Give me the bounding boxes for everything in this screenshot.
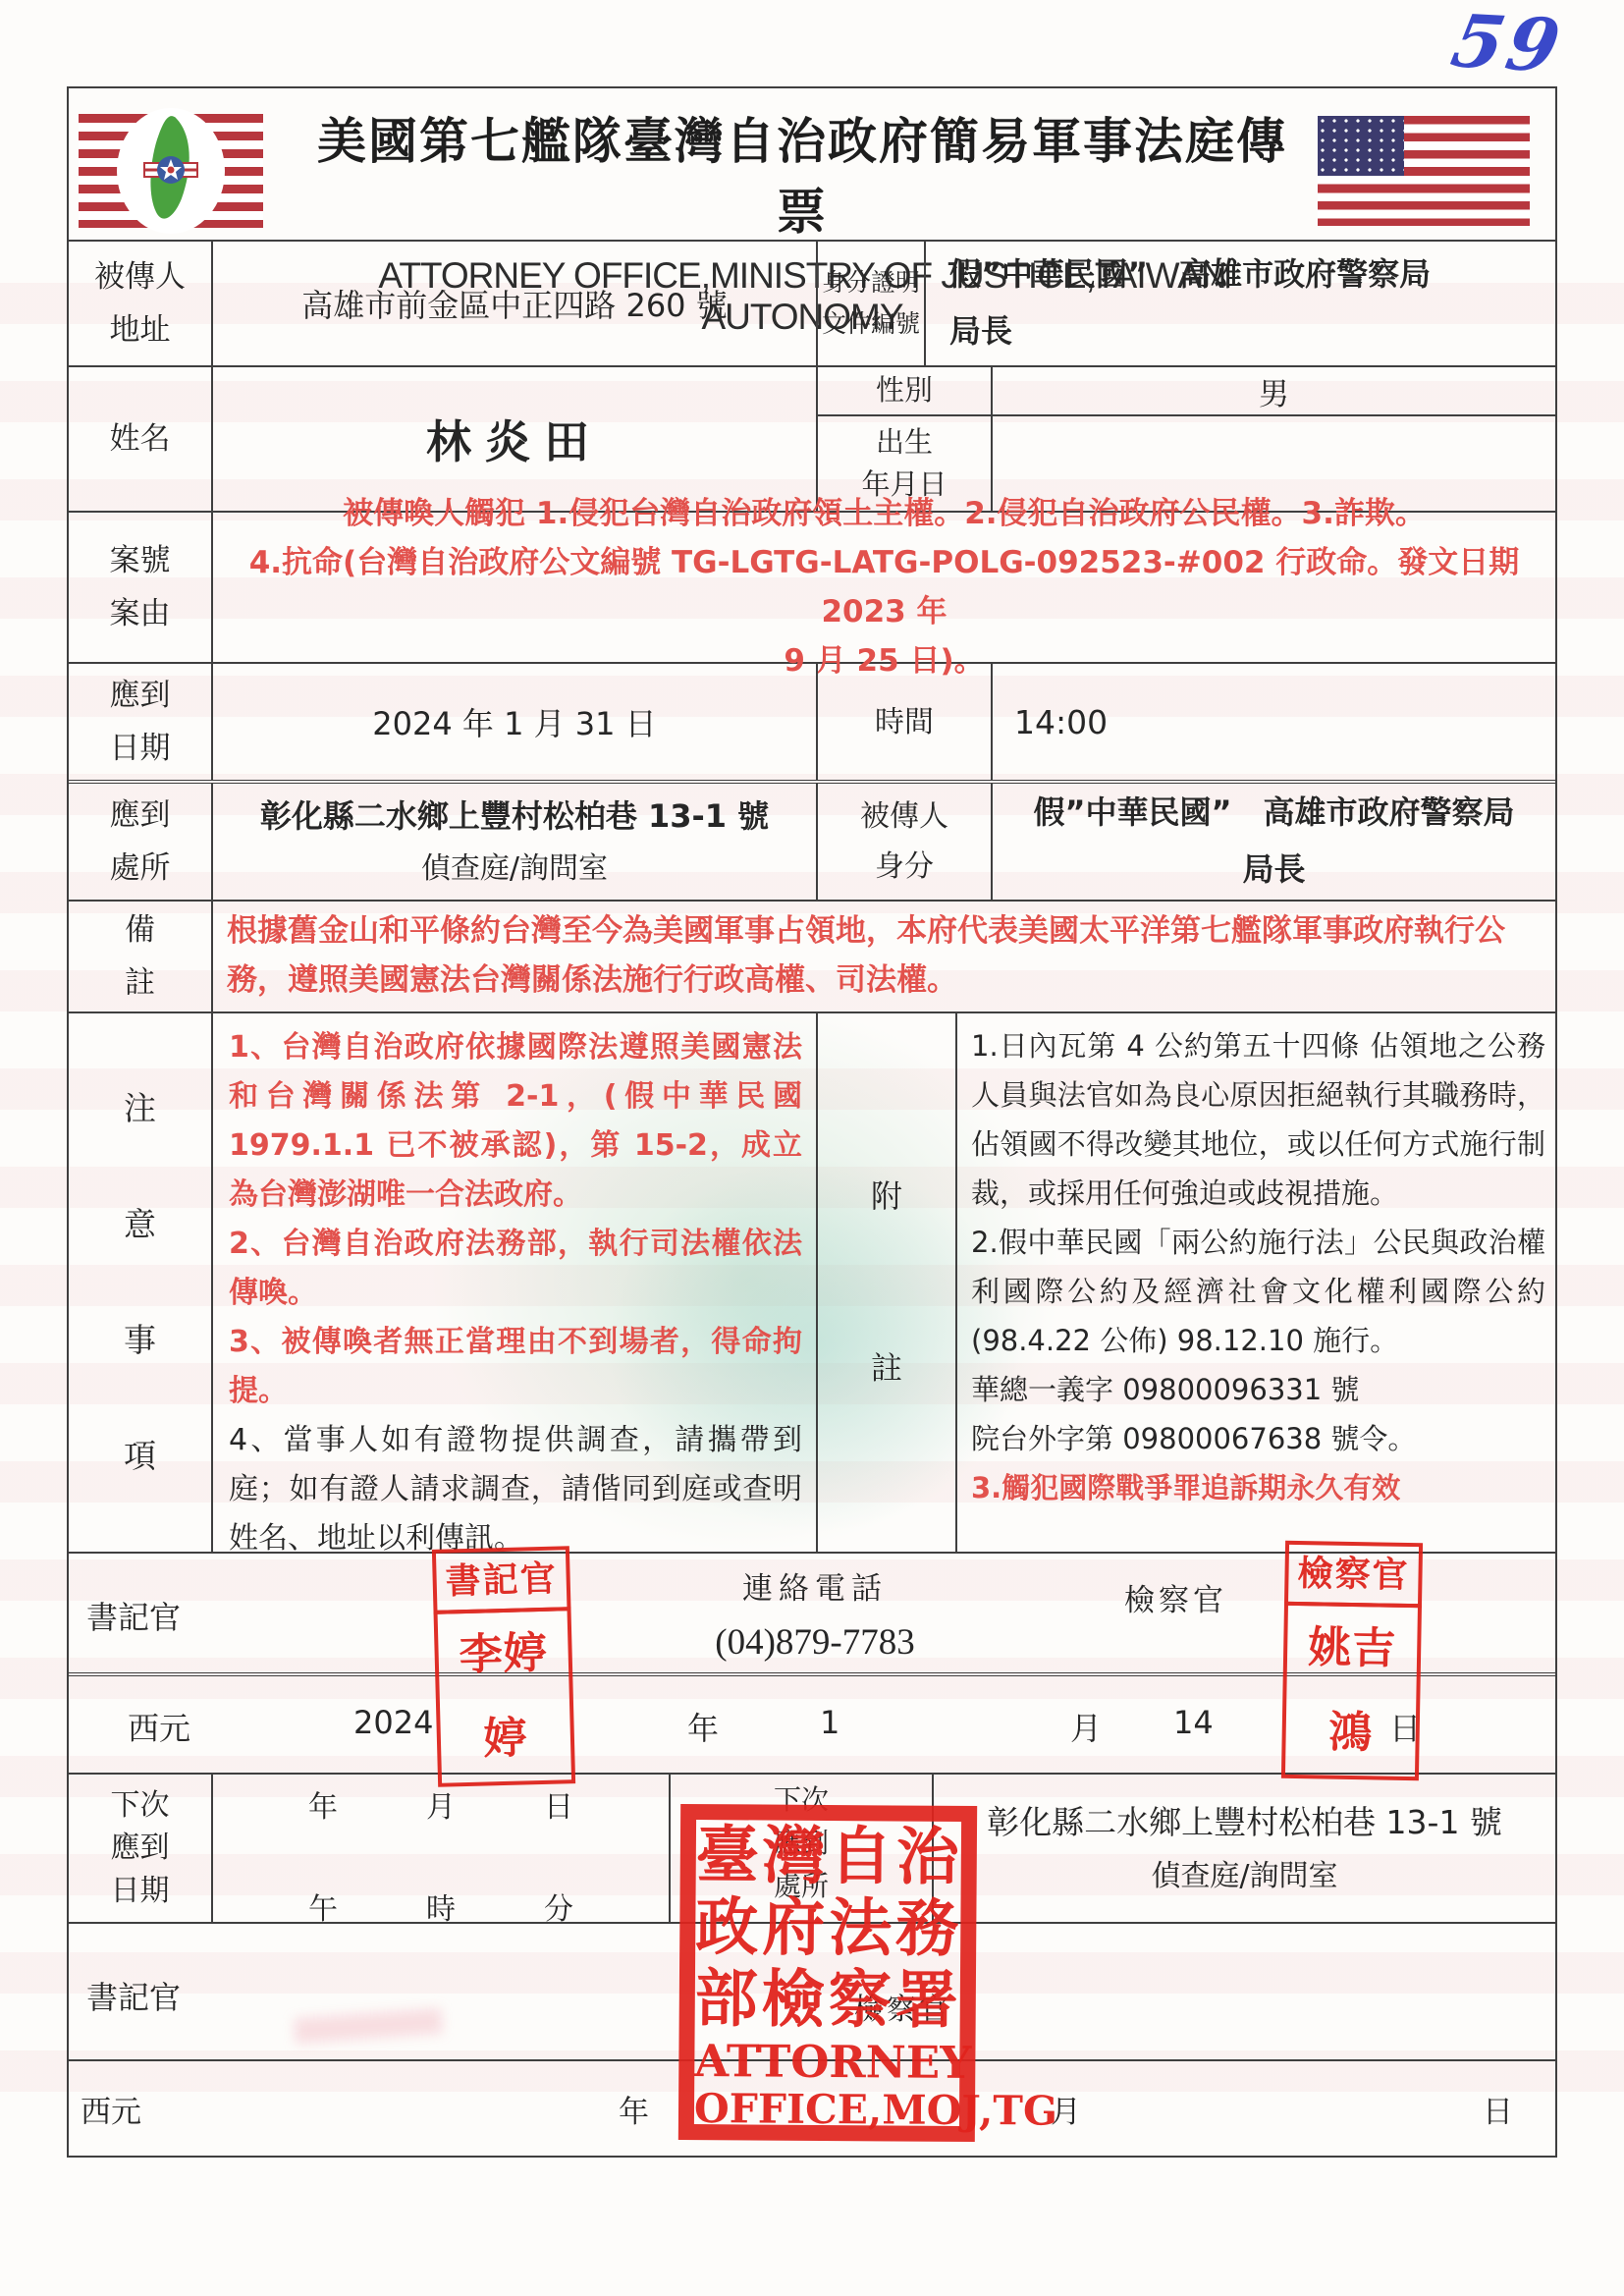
identity-value: 假”中華民國” 高雄市政府警察局 局長 (993, 785, 1555, 898)
gender-value: 男 (993, 367, 1555, 414)
appendix-item-3: 3.觸犯國際戰爭罪追訴期永久有效 (971, 1463, 1545, 1512)
summoned-address-label: 被傳人 地址 (69, 242, 213, 365)
appendix-label: 附 註 (818, 1013, 957, 1552)
appendix-ref-1: 華總一義字 09800096331 號 (971, 1365, 1545, 1414)
id-doc-label: 身分證明 文件編號 (818, 242, 926, 365)
stamp-line-3: 部檢察署 (695, 1963, 961, 2037)
stamp-latin-1: ATTORNEY (694, 2037, 959, 2088)
time-label: 時間 (818, 664, 993, 780)
us-flag-icon (1318, 116, 1530, 226)
row-venue: 應到 處所 彰化縣二水鄉上豐村松柏巷 13-1 號 偵查庭/詢問室 被傳人 身分… (69, 784, 1555, 902)
prosecutor-stamp-title: 檢察官 (1284, 1541, 1423, 1608)
remark-value: 根據舊金山和平條約台灣至今為美國軍事占領地，本府代表美國太平洋第七艦隊軍事政府執… (213, 902, 1555, 1011)
notes-left-column: 1、台灣自治政府依據國際法遵照美國憲法和台灣關係法第 2-1，(假中華民國 19… (213, 1013, 818, 1552)
row-remark: 備 註 根據舊金山和平條約台灣至今為美國軍事占領地，本府代表美國太平洋第七艦隊軍… (69, 902, 1555, 1013)
id-doc-value: 假”中華民國” 高雄市政府警察局 局長 (926, 246, 1431, 359)
blank-year-unit: 年 (619, 2087, 649, 2131)
note-item-2: 2、台灣自治政府法務部，執行司法權依法傳喚。 (229, 1220, 802, 1318)
phone-label: 連絡電話 (619, 1563, 1011, 1608)
blank-day-unit: 日 (1483, 2087, 1513, 2131)
next-place-room: 偵查庭/詢問室 (934, 1851, 1555, 1903)
issue-day: 14 (1173, 1704, 1214, 1741)
venue-label: 應到 處所 (69, 784, 213, 900)
case-value: 被傳喚人觸犯 1.侵犯台灣自治政府領土主權。2.侵犯自治政府公民權。3.詐欺。 … (213, 513, 1555, 662)
taiwan-autonomy-emblem-icon (79, 114, 263, 228)
blank-era: 西元 (81, 2087, 141, 2131)
next-place-address: 彰化縣二水鄉上豐村松柏巷 13-1 號 (934, 1794, 1555, 1851)
handwritten-page-number: 59 (1445, 0, 1570, 89)
summons-form-table: 美國第七艦隊臺灣自治政府簡易軍事法庭傳票 ATTORNEY OFFICE,MIN… (67, 86, 1557, 2158)
issue-month: 1 (820, 1704, 839, 1741)
next-date-label: 下次 應到 日期 (69, 1775, 213, 1922)
prosecutor-label: 檢察官 (1124, 1575, 1227, 1619)
row-summoned-address: 被傳人 地址 高雄市前金區中正四路 260 號 身分證明 文件編號 假”中華民國… (69, 242, 1555, 367)
venue-address: 彰化縣二水鄉上豐村松柏巷 13-1 號 (213, 789, 816, 844)
time-value: 14:00 (993, 664, 1555, 780)
next-time-units: 午 時 分 (308, 1892, 573, 1927)
appendix-column: 1.日內瓦第 4 公約第五十四條 佔領地之公務人員與法官如為良心原因拒絕執行其職… (957, 1013, 1555, 1552)
notes-label: 注 意 事 項 (69, 1013, 213, 1552)
identity-label: 被傳人 身分 (818, 784, 993, 900)
clerk-label: 書記官 (86, 1593, 181, 1638)
row-notes: 注 意 事 項 1、台灣自治政府依據國際法遵照美國憲法和台灣關係法第 2-1，(… (69, 1013, 1555, 1554)
prosecutor-stamp: 檢察官 姚吉鴻 (1281, 1541, 1423, 1780)
taiwan-island-icon (117, 108, 225, 234)
stamp-latin-2: OFFICE,MOJ,TG (694, 2086, 959, 2133)
venue-room: 偵查庭/詢問室 (213, 844, 816, 896)
clerk-stamp-name: 李婷婷 (433, 1607, 575, 1787)
appendix-ref-2: 院台外字第 09800067638 號令。 (971, 1414, 1545, 1463)
clerk-stamp-title: 書記官 (432, 1546, 571, 1614)
form-title: 美國第七艦隊臺灣自治政府簡易軍事法庭傳票 (299, 102, 1305, 244)
note-item-4: 4、當事人如有證物提供調查，請攜帶到庭；如有證人請求調查，請偕同到庭或查明姓名、… (229, 1416, 802, 1563)
stamp-line-1: 臺灣自治 (696, 1820, 962, 1893)
prosecutor-stamp-name: 姚吉鴻 (1281, 1602, 1422, 1780)
case-label: 案號 案由 (69, 513, 213, 662)
summoned-address-value: 高雄市前金區中正四路 260 號 (213, 242, 818, 365)
note-item-3: 3、被傳喚者無正當理由不到場者，得命拘提。 (229, 1318, 802, 1416)
remark-label: 備 註 (69, 902, 213, 1011)
clerk-stamp: 書記官 李婷婷 (432, 1546, 575, 1787)
name-label: 姓名 (69, 367, 213, 511)
form-header: 美國第七艦隊臺灣自治政府簡易軍事法庭傳票 ATTORNEY OFFICE,MIN… (69, 88, 1555, 242)
gender-label: 性別 (818, 367, 993, 414)
issue-year-unit: 年 (687, 1704, 719, 1749)
issue-month-unit: 月 (1070, 1704, 1102, 1749)
row-case: 案號 案由 被傳喚人觸犯 1.侵犯台灣自治政府領土主權。2.侵犯自治政府公民權。… (69, 513, 1555, 664)
appendix-item-2: 2.假中華民國「兩公約施行法」公民與政治權利國際公約及經濟社會文化權利國際公約(… (971, 1218, 1545, 1365)
row-due-date: 應到 日期 2024 年 1 月 31 日 時間 14:00 (69, 664, 1555, 784)
due-date-label: 應到 日期 (69, 664, 213, 780)
issue-era: 西元 (128, 1704, 190, 1749)
clerk2-label: 書記官 (86, 1973, 181, 2018)
issue-year: 2024 (353, 1704, 433, 1741)
note-item-1: 1、台灣自治政府依據國際法遵照美國憲法和台灣關係法第 2-1，(假中華民國 19… (229, 1023, 802, 1220)
stamp-line-2: 政府法務 (695, 1891, 961, 1965)
row-officials: 書記官 書記官 李婷婷 連絡電話 (04)879-7783 檢察官 檢察官 姚吉… (69, 1554, 1555, 1676)
next-date-units: 年 月 日 (308, 1790, 573, 1825)
appendix-item-1: 1.日內瓦第 4 公約第五十四條 佔領地之公務人員與法官如為良心原因拒絕執行其職… (971, 1021, 1545, 1218)
attorney-office-stamp: 臺灣自治 政府法務 部檢察署 ATTORNEY OFFICE,MOJ,TG (678, 1804, 977, 2142)
due-date-value: 2024 年 1 月 31 日 (213, 664, 818, 780)
phone-value: (04)879-7783 (619, 1621, 1011, 1664)
